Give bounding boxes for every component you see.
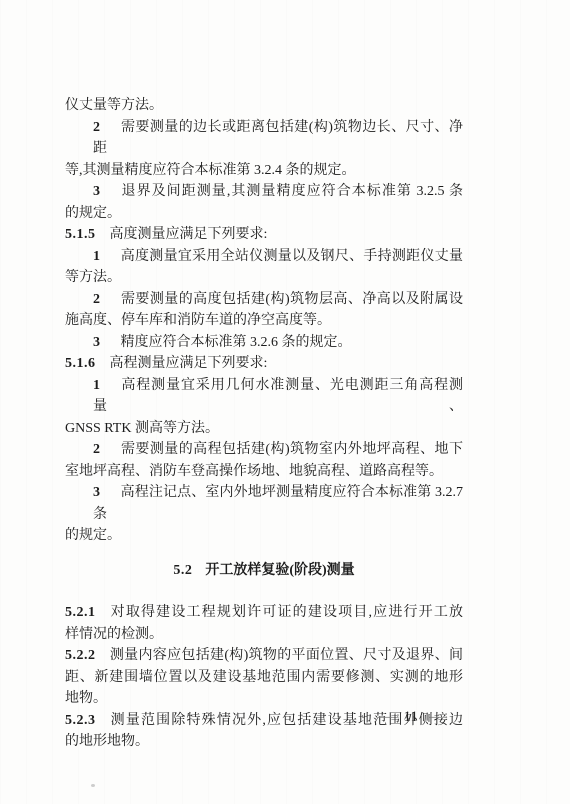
clause-number: 5.2.1: [65, 605, 96, 620]
paragraph: 1高程测量宜采用几何水准测量、光电测距三角高程测量、GNSS RTK 测高等方法…: [65, 375, 463, 440]
document-page: 仪丈量等方法。2需要测量的边长或距离包括建(构)筑物边长、尺寸、净距等,其测量精…: [0, 0, 570, 804]
text-line: 等方法。: [65, 267, 463, 289]
text-line: 1高度测量宜采用全站仪测量以及钢尺、手持测距仪丈量: [65, 246, 463, 268]
text-line: GNSS RTK 测高等方法。: [65, 418, 463, 440]
text-line: 3退界及间距测量,其测量精度应符合本标准第 3.2.5 条: [65, 181, 463, 203]
clause-number: 5.1.5: [65, 227, 96, 242]
text-line: 的规定。: [65, 203, 463, 225]
section-heading: 5.2开工放样复验(阶段)测量: [65, 560, 463, 582]
page-number-dash-left: —: [378, 709, 393, 725]
text-run: 高程测量宜采用几何水准测量、光电测距三角高程测量、: [93, 378, 463, 415]
document-body: 仪丈量等方法。2需要测量的边长或距离包括建(构)筑物边长、尺寸、净距等,其测量精…: [65, 95, 463, 753]
clause-number: 5.2.2: [65, 648, 96, 663]
clause-number: 1: [93, 378, 101, 393]
paragraph: 3高程注记点、室内外地坪测量精度应符合本标准第 3.2.7 条的规定。: [65, 482, 463, 547]
page-number-dash-right: —: [429, 709, 444, 725]
text-line: 2需要测量的边长或距离包括建(构)筑物边长、尺寸、净距: [65, 117, 463, 160]
text-run: GNSS RTK 测高等方法。: [65, 421, 219, 436]
text-line: 3高程注记点、室内外地坪测量精度应符合本标准第 3.2.7 条: [65, 482, 463, 525]
text-run: 仪丈量等方法。: [65, 98, 163, 113]
text-run: 施高度、停车库和消防车道的净空高度等。: [65, 313, 331, 328]
text-line: 室地坪高程、消防车登高操作场地、地貌高程、道路高程等。: [65, 461, 463, 483]
text-line: 施高度、停车库和消防车道的净空高度等。: [65, 310, 463, 332]
text-line: 5.2开工放样复验(阶段)测量: [65, 560, 463, 582]
text-run: 需要测量的高程包括建(构)筑物室内外地坪高程、地下: [121, 442, 464, 457]
text-run: 高程测量应满足下列要求:: [110, 356, 268, 371]
text-line: 2需要测量的高程包括建(构)筑物室内外地坪高程、地下: [65, 439, 463, 461]
text-run: 室地坪高程、消防车登高操作场地、地貌高程、道路高程等。: [65, 464, 443, 479]
page-footer: —11—: [65, 707, 463, 727]
text-line: 1高程测量宜采用几何水准测量、光电测距三角高程测量、: [65, 375, 463, 418]
text-run: 的地形地物。: [65, 734, 149, 749]
page-number-value: 11: [404, 709, 418, 725]
text-run: 样情况的检测。: [65, 627, 163, 642]
text-line: 3精度应符合本标准第 3.2.6 条的规定。: [65, 332, 463, 354]
text-line: 5.1.5高度测量应满足下列要求:: [65, 224, 463, 246]
scan-artifact: [91, 784, 95, 787]
clause-number: 1: [93, 249, 101, 264]
text-run: 高度测量应满足下列要求:: [110, 227, 268, 242]
clause-number: 5.1.6: [65, 356, 96, 371]
text-line: 样情况的检测。: [65, 624, 463, 646]
clause-number: 2: [93, 442, 101, 457]
paragraph: 2需要测量的高度包括建(构)筑物层高、净高以及附属设施高度、停车库和消防车道的净…: [65, 289, 463, 332]
text-line: 的地形地物。: [65, 731, 463, 753]
clause-number: 3: [93, 485, 101, 500]
text-run: 需要测量的边长或距离包括建(构)筑物边长、尺寸、净距: [93, 120, 463, 157]
clause-number: 3: [93, 335, 101, 350]
paragraph: 5.2.1对取得建设工程规划许可证的建设项目,应进行开工放样情况的检测。: [65, 602, 463, 645]
paragraph: 3精度应符合本标准第 3.2.6 条的规定。: [65, 332, 463, 354]
text-run: 高程注记点、室内外地坪测量精度应符合本标准第 3.2.7 条: [93, 485, 463, 522]
text-run: 等方法。: [65, 270, 121, 285]
text-run: 精度应符合本标准第 3.2.6 条的规定。: [121, 335, 352, 350]
text-line: 的规定。: [65, 525, 463, 547]
text-run: 退界及间距测量,其测量精度应符合本标准第 3.2.5 条: [121, 184, 464, 199]
clause-number: 2: [93, 120, 101, 135]
paragraph: 仪丈量等方法。: [65, 95, 463, 117]
paragraph: 1高度测量宜采用全站仪测量以及钢尺、手持测距仪丈量等方法。: [65, 246, 463, 289]
paragraph: 2需要测量的边长或距离包括建(构)筑物边长、尺寸、净距等,其测量精度应符合本标准…: [65, 117, 463, 182]
text-run: 的规定。: [65, 206, 121, 221]
clause-number: 2: [93, 292, 101, 307]
text-run: 需要测量的高度包括建(构)筑物层高、净高以及附属设: [121, 292, 464, 307]
text-run: 距、新建围墙位置以及建设基地范围内需要修测、实测的地形: [65, 670, 463, 685]
text-line: 5.2.1对取得建设工程规划许可证的建设项目,应进行开工放: [65, 602, 463, 624]
text-line: 距、新建围墙位置以及建设基地范围内需要修测、实测的地形: [65, 667, 463, 689]
clause-number: 3: [93, 184, 101, 199]
text-run: 地物。: [65, 691, 107, 706]
clause-number: 5.2: [173, 563, 192, 578]
text-run: 高度测量宜采用全站仪测量以及钢尺、手持测距仪丈量: [121, 249, 464, 264]
text-run: 对取得建设工程规划许可证的建设项目,应进行开工放: [110, 605, 464, 620]
text-run: 测量内容应包括建(构)筑物的平面位置、尺寸及退界、间: [110, 648, 464, 663]
paragraph: 2需要测量的高程包括建(构)筑物室内外地坪高程、地下室地坪高程、消防车登高操作场…: [65, 439, 463, 482]
paragraph: 5.1.6高程测量应满足下列要求:: [65, 353, 463, 375]
paragraph: 5.1.5高度测量应满足下列要求:: [65, 224, 463, 246]
paragraph: 5.2.2测量内容应包括建(构)筑物的平面位置、尺寸及退界、间距、新建围墙位置以…: [65, 645, 463, 710]
text-run: 开工放样复验(阶段)测量: [205, 563, 354, 578]
text-line: 5.1.6高程测量应满足下列要求:: [65, 353, 463, 375]
text-line: 2需要测量的高度包括建(构)筑物层高、净高以及附属设: [65, 289, 463, 311]
text-line: 仪丈量等方法。: [65, 95, 463, 117]
paragraph: 3退界及间距测量,其测量精度应符合本标准第 3.2.5 条的规定。: [65, 181, 463, 224]
text-line: 5.2.2测量内容应包括建(构)筑物的平面位置、尺寸及退界、间: [65, 645, 463, 667]
text-run: 的规定。: [65, 528, 121, 543]
text-line: 等,其测量精度应符合本标准第 3.2.4 条的规定。: [65, 160, 463, 182]
text-run: 等,其测量精度应符合本标准第 3.2.4 条的规定。: [65, 163, 356, 178]
